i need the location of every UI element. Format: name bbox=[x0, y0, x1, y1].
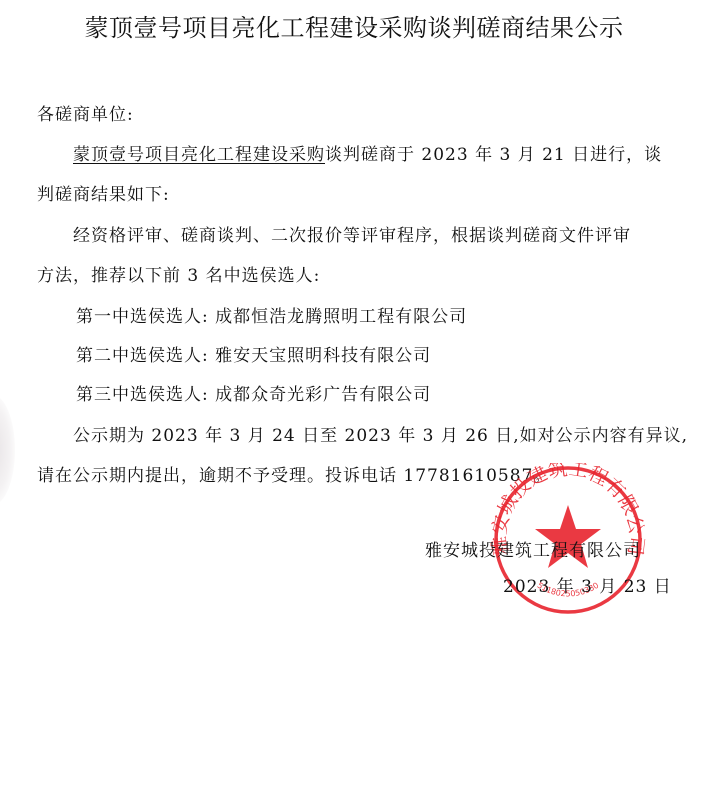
candidate-label: 第一中选侯选人: bbox=[76, 307, 209, 327]
candidate-2: 第二中选侯选人: 雅安天宝照明科技有限公司 bbox=[76, 341, 431, 366]
document-title: 蒙顶壹号项目亮化工程建设采购谈判磋商结果公示 bbox=[0, 8, 708, 43]
candidate-name: 成都众奇光彩广告有限公司 bbox=[215, 385, 431, 405]
signature-date: 2023 年 3 月 23 日 bbox=[503, 572, 672, 597]
scan-shadow bbox=[0, 395, 15, 505]
candidate-3: 第三中选侯选人: 成都众奇光彩广告有限公司 bbox=[76, 380, 431, 405]
notice-line-2: 请在公示期内提出，逾期不予受理。投诉电话 17781610587。 bbox=[37, 461, 551, 486]
notice-line-1: 公示期为 2023 年 3 月 24 日至 2023 年 3 月 26 日,如对… bbox=[73, 421, 688, 446]
paragraph-1-line-2: 判磋商结果如下: bbox=[37, 180, 170, 205]
candidate-label: 第三中选侯选人: bbox=[76, 385, 209, 405]
paragraph-2-line-1: 经资格评审、磋商谈判、二次报价等评审程序，根据谈判磋商文件评审 bbox=[73, 221, 631, 246]
candidate-name: 雅安天宝照明科技有限公司 bbox=[215, 346, 431, 366]
paragraph-2-line-2: 方法，推荐以下前 3 名中选侯选人: bbox=[37, 261, 320, 286]
paragraph-1-rest: 谈判磋商于 2023 年 3 月 21 日进行，谈 bbox=[325, 145, 662, 165]
candidate-1: 第一中选侯选人: 成都恒浩龙腾照明工程有限公司 bbox=[76, 302, 467, 327]
project-name: 蒙顶壹号项目亮化工程建设采购 bbox=[73, 145, 325, 165]
candidate-label: 第二中选侯选人: bbox=[76, 346, 209, 366]
salutation: 各磋商单位: bbox=[37, 100, 134, 125]
paragraph-1-line-1: 蒙顶壹号项目亮化工程建设采购谈判磋商于 2023 年 3 月 21 日进行，谈 bbox=[73, 140, 662, 165]
signature-company: 雅安城投建筑工程有限公司 bbox=[425, 536, 641, 561]
candidate-name: 成都恒浩龙腾照明工程有限公司 bbox=[215, 307, 467, 327]
